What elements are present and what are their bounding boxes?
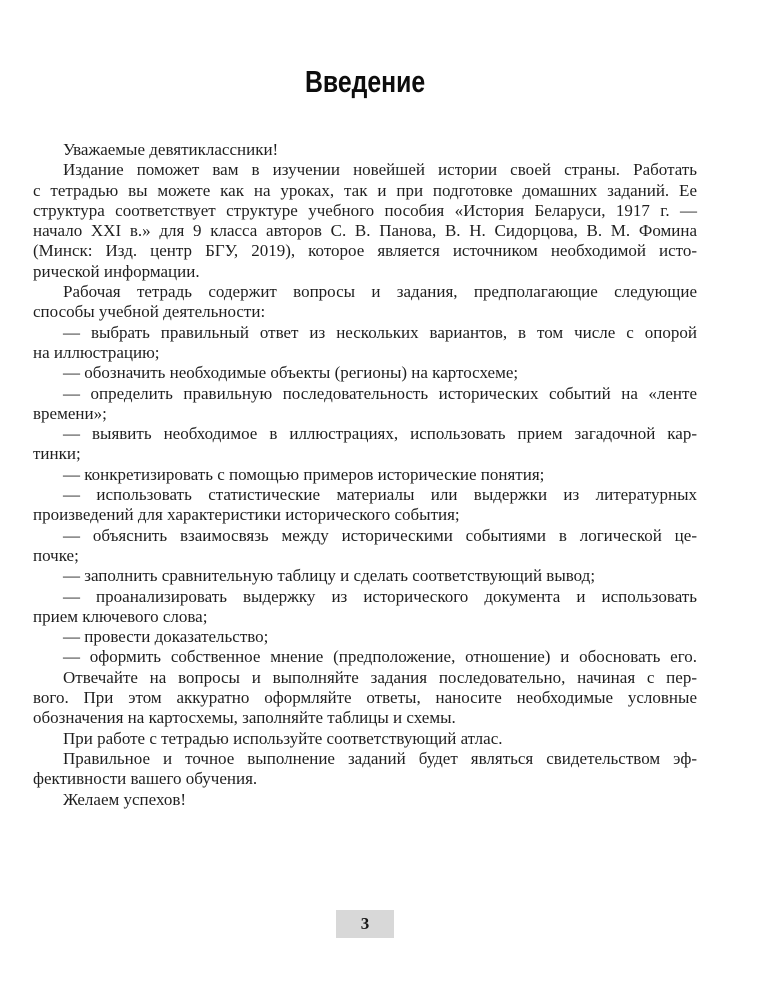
text-line: Рабочая тетрадь содержит вопросы и задан… [33,282,697,302]
text-line: Уважаемые девятиклассники! [33,140,697,160]
text-line: Издание поможет вам в изучении новейшей … [33,160,697,180]
document-page: Введение Уважаемые девятиклассники!Издан… [0,0,768,1000]
text-line: — обозначить необходимые объекты (регион… [33,363,697,383]
page-body: Уважаемые девятиклассники!Издание поможе… [33,140,697,810]
text-line: — выбрать правильный ответ из нескольких… [33,323,697,343]
text-line: обозначения на картосхемы, заполняйте та… [33,708,697,728]
text-line: рической информации. [33,262,697,282]
text-line: — конкретизировать с помощью примеров ис… [33,465,697,485]
text-line: фективности вашего обучения. [33,769,697,789]
text-line: способы учебной деятельности: [33,302,697,322]
page-title-text: Введение [305,66,425,97]
text-line: — провести доказательство; [33,627,697,647]
text-line: тинки; [33,444,697,464]
page-number: 3 [361,914,370,934]
text-line: вого. При этом аккуратно оформляйте отве… [33,688,697,708]
text-line: — оформить собственное мнение (предполож… [33,647,697,667]
text-line: начало XXI в.» для 9 класса авторов С. В… [33,221,697,241]
text-line: структура соответствует структуре учебно… [33,201,697,221]
text-line: — использовать статистические материалы … [33,485,697,505]
text-line: на иллюстрацию; [33,343,697,363]
page-title: Введение [33,66,697,97]
text-line: Отвечайте на вопросы и выполняйте задани… [33,668,697,688]
text-line: — определить правильную последовательнос… [33,384,697,404]
text-line: времени»; [33,404,697,424]
text-line: прием ключевого слова; [33,607,697,627]
page-number-badge: 3 [336,910,394,938]
text-line: При работе с тетрадью используйте соотве… [33,729,697,749]
text-line: — проанализировать выдержку из историчес… [33,587,697,607]
text-line: Желаем успехов! [33,790,697,810]
text-line: Правильное и точное выполнение заданий б… [33,749,697,769]
text-line: — выявить необходимое в иллюстрациях, ис… [33,424,697,444]
text-line: (Минск: Изд. центр БГУ, 2019), которое я… [33,241,697,261]
text-line: почке; [33,546,697,566]
text-line: — заполнить сравнительную таблицу и сдел… [33,566,697,586]
text-line: с тетрадью вы можете как на уроках, так … [33,181,697,201]
text-line: произведений для характеристики историче… [33,505,697,525]
text-line: — объяснить взаимосвязь между историческ… [33,526,697,546]
